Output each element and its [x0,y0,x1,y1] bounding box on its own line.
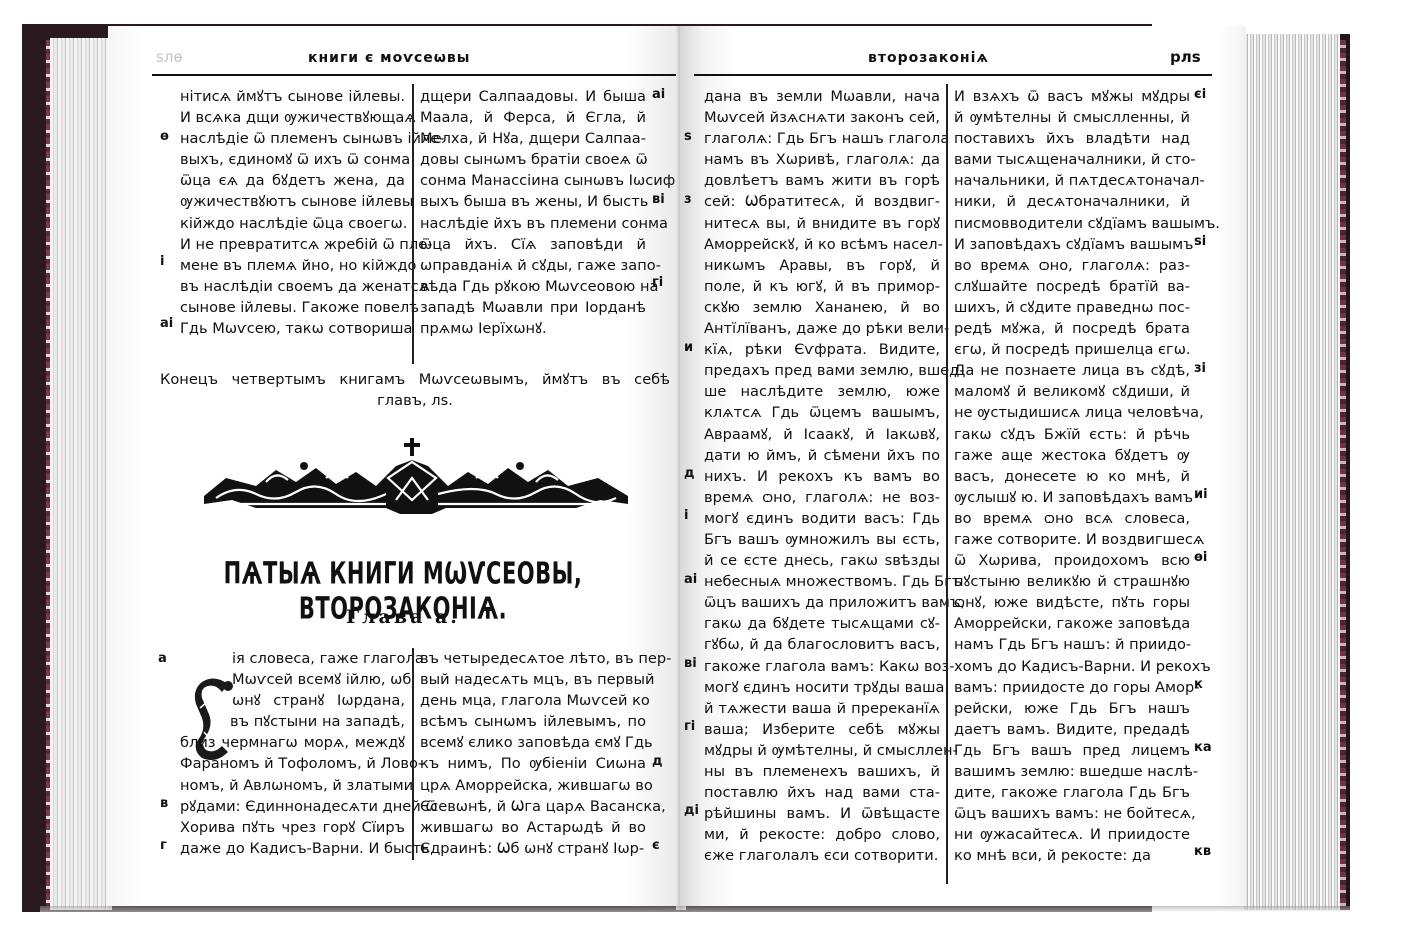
text-line: дщери Салпаадовы. И быша [420,86,646,107]
text-line: ники, й десѧтоначалники, й [954,191,1190,212]
text-line: къ нимъ, По ѹбіеніи Сиѡна [420,753,646,774]
margin-verse-number: ѕ [684,129,692,144]
text-line: хомъ до Кадисъ-Варни. И рекохъ [954,656,1190,677]
chapter-title: Глава а. [168,606,638,628]
margin-verse-number: в [160,796,168,811]
text-line: скꙋю землю Хананею, й во [704,297,940,318]
left-page-edges [50,38,112,910]
text-line: И не превратитсѧ жребій ѿ пле- [180,234,405,255]
text-line: Да не познаете лица въ сꙋдѣ, [954,360,1190,381]
text-line: маломꙋ й великомꙋ сꙋдиши, й [954,381,1190,402]
right-head-rule [694,74,1212,76]
text-line: редѣ мꙋжа, й посредѣ брата [954,318,1190,339]
text-line: довлѣетъ вамъ жити въ горѣ [704,170,940,191]
text-line: нитесѧ вы, й внидите въ горꙋ [704,213,940,234]
margin-verse-number: ка [1194,740,1212,755]
text-line: времѧ ѻно, глаголѧ: не воз- [704,487,940,508]
text-line: Маала, й Ферса, й Єгла, й [420,107,646,128]
text-line: Хорива пꙋть чрез горꙋ Сїиръ [180,817,405,838]
text-line: пꙋстыню великꙋю й страшнꙋю [954,571,1190,592]
text-line: начальники, й пѧтдесѧтоначал- [954,170,1190,191]
text-line: Єдраинѣ: Ѡб ѡнꙋ странꙋ Іѡр- [420,838,646,859]
text-line: намъ въ Хѡривѣ, глаголѧ: да [704,149,940,170]
margin-verse-number: и [684,340,693,355]
text-line: ѡнꙋ странꙋ Іѡрдана, [180,690,405,711]
ornament-headpiece-icon [196,438,636,518]
text-line: ѿ Хѡрива, проидохомъ всю [954,550,1190,571]
colophon-line-1: Конецъ четвертымъ книгамъ Мѡѵсеѡвымъ, йм… [160,369,670,390]
margin-verse-number: к [1194,677,1203,692]
margin-verse-number: ѕі [1194,234,1206,249]
colophon: Конецъ четвертымъ книгамъ Мѡѵсеѡвымъ, йм… [160,369,670,411]
text-line: даже до Кадисъ-Варни. И бысть [180,838,405,859]
text-line: поставихъ йхъ владѣти над [954,128,1190,149]
text-line: нихъ. И рекохъ къ вамъ во [704,466,940,487]
text-line: кійждо наслѣдіе ѿца своегѡ. [180,213,405,234]
text-line: выхъ быша въ жены, И бысть [420,191,646,212]
text-line: мꙋдры й ѹмѣтелны, й смысллен- [704,740,940,761]
text-line: Єсевѡнѣ, й Ѡга царѧ Васанска, [420,796,646,817]
text-line: всѣмъ сынѡмъ ійлевымъ, по [420,711,646,732]
text-line: гаже аще жестока бꙋдетъ ѹ [954,445,1190,466]
text-line: ѹжичествꙋютъ сынове ійлевы [180,191,405,212]
left-column-divider-top [412,84,414,364]
text-line: вамъ: приидосте до горы Амор- [954,677,1190,698]
text-line: рѣйшины вамъ. И ѿвѣщасте [704,803,940,824]
text-line: Аморрейскꙋ, й ко всѣмъ насел- [704,234,940,255]
margin-verse-number: д [652,754,663,769]
text-line: во времѧ ѻно, глаголѧ: раз- [954,255,1190,276]
text-line: Аморрейски, гакоже заповѣда [954,613,1190,634]
text-line: не ѹстыдишисѧ лица человѣча, [954,402,1190,423]
right-column-divider [946,84,948,884]
text-line: ко мнѣ вси, й рекосте: да [954,845,1190,866]
right-page-edges [1242,34,1340,910]
margin-verse-number: аі [684,572,697,587]
text-line: всемꙋ єлико заповѣда ємꙋ Гдь [420,732,646,753]
text-line: день мца, глагола Мѡѵсей ко [420,690,646,711]
text-line: западѣ Мѡавли при Іорданѣ [420,297,646,318]
margin-verse-number: гі [684,719,695,734]
left-column-1: нітисѧ ймꙋтъ сынове ійлевы.И всѧка дщи ѹ… [180,86,405,339]
right-column-2: И взѧхъ ѿ васъ мꙋжы мꙋдрый ѹмѣтелны й см… [954,86,1190,866]
text-line: єгѡ, й посредѣ пришелца єгѡ. [954,339,1190,360]
text-line: прѧмѡ Іерїхѡнꙋ. [420,318,646,339]
text-line: Мѡѵсей йзѧснѧти законъ сей, [704,107,940,128]
text-line: ше наслѣдите землю, юже [704,381,940,402]
text-line: дана въ земли Мѡавли, нача [704,86,940,107]
margin-verse-number: зі [1194,361,1206,376]
text-line: вами тысѧщеначалники, й сто- [954,149,1190,170]
left-column-4: въ четыредесѧтое лѣто, въ пер-вый надесѧ… [420,648,646,859]
text-line: гꙋбѡ, й да благословитъ васъ, [704,634,940,655]
text-line: рейски, юже Гдь Бгъ нашъ [954,698,1190,719]
right-running-head: второзаконіѧ [868,50,989,66]
text-line: й тѧжести ваша й пререканїѧ [704,698,940,719]
text-line: поле, й къ югꙋ, й въ примор- [704,276,940,297]
text-line: кїѧ, рѣки Єѵфрата. Видите, [704,339,940,360]
text-line: жившагѡ во Астарѡдѣ й во [420,817,646,838]
text-line: довы сынѡмъ братіи своеѧ ѿ [420,149,646,170]
text-line: наслѣдіе ѿ племенъ сынѡвъ ійле- [180,128,405,149]
text-line: поставлю йхъ над вами ста- [704,782,940,803]
text-line: Мѡѵсей всемꙋ ійлю, ѡб [180,669,405,690]
margin-verse-number: г [160,838,167,853]
text-line: наслѣдіе йхъ въ племени сонма [420,213,646,234]
text-line: гаже сотворите. И воздвигшесѧ [954,529,1190,550]
text-line: вый надесѧть мцъ, въ первый [420,669,646,690]
text-line: въ наслѣдіи своемъ да женатсѧ [180,276,405,297]
text-line: ми, й рекосте: добро слово, [704,824,940,845]
text-line: Антїлїванъ, даже до рѣки вели- [704,318,940,339]
margin-verse-number: з [684,192,692,207]
margin-verse-number: ві [684,656,697,671]
text-line: во времѧ ѻно всѧ словеса, [954,508,1190,529]
text-line: васъ, донесете ю ко мнѣ, й [954,466,1190,487]
colophon-line-2: главъ, лѕ. [160,390,670,411]
left-column-2: дщери Салпаадовы. И бышаМаала, й Ферса, … [420,86,646,339]
text-line: ія словеса, гаже глагола [180,648,405,669]
text-line: дати ю ймъ, й сѣмени йхъ по [704,445,940,466]
margin-verse-number: ді [684,803,699,818]
text-line: вашимъ землю: вшедше наслѣ- [954,761,1190,782]
left-running-head: книги є моѵсеѡвы [308,50,470,66]
margin-verse-number: д [684,466,695,481]
margin-verse-number: і [160,254,164,269]
text-line: въ четыредесѧтое лѣто, въ пер- [420,648,646,669]
text-line: ѿца єѧ да бꙋдетъ жена, да [180,170,405,191]
text-line: дите, гакоже глагола Гдь Бгъ [954,782,1190,803]
text-line: й се єсте днесь, гакѡ ѕвѣзды [704,550,940,571]
text-line: слꙋшайте посредѣ братїй ва- [954,276,1190,297]
text-line: сынове ійлевы. Гакоже повелѣ [180,297,405,318]
left-column-divider-bottom [412,648,414,860]
margin-verse-number: иі [1194,487,1208,502]
text-line: клѧтсѧ Гдь ѿцемъ вашымъ, [704,402,940,423]
text-line: рꙋдами: Єдиннонадесѧти дней ѿ [180,796,405,817]
text-line: гакоже глагола вамъ: Какѡ воз- [704,656,940,677]
right-column-1: дана въ земли Мѡавли, начаМѡѵсей йзѧснѧт… [704,86,940,866]
text-line: могꙋ єдинъ носити трꙋды ваша, [704,677,940,698]
text-line: гакѡ да бꙋдете тысѧщами сꙋ- [704,613,940,634]
text-line: близ чермнагѡ морѧ, междꙋ [180,732,405,753]
margin-verse-number: і [684,508,688,523]
text-line: ѻнꙋ, юже видѣсте, пꙋть горы [954,592,1190,613]
text-line: даетъ вамъ. Видите, предадѣ [954,719,1190,740]
text-line: Фараномъ й Тофоломъ, й Лово- [180,753,405,774]
margin-verse-number: а [158,651,167,666]
text-line: Мелха, й Нꙋа, дщери Салпаа- [420,128,646,149]
text-line: сонма Манассіина сынѡвъ Іѡсифо- [420,170,646,191]
text-line: И всѧка дщи ѹжичествꙋющаѧ [180,107,405,128]
margin-verse-number: є [652,838,660,853]
left-head-rule [152,74,676,76]
left-page: ѕлѳ книги є моѵсеѡвы нітисѧ ймꙋтъ сынове… [108,26,680,906]
text-line: нітисѧ ймꙋтъ сынове ійлевы. [180,86,405,107]
text-line: Гдь Бгъ вашъ пред лицемъ [954,740,1190,761]
margin-verse-number: ѳі [1194,550,1207,565]
text-line: ѡправданіѧ й сꙋды, гаже запо- [420,255,646,276]
right-page: второзаконіѧ рлѕ дана въ земли Мѡавли, н… [680,26,1246,906]
text-line: Авраамꙋ, й Ісаакꙋ, й Іакѡвꙋ, [704,424,940,445]
text-line: шихъ, й сꙋдите праведнѡ пос- [954,297,1190,318]
text-line: номъ, й Авлѡномъ, й златыми [180,775,405,796]
text-line: црѧ Аморрейска, жившагѡ во [420,775,646,796]
text-line: сей: Ѡбратитесѧ, й воздвиг- [704,191,940,212]
margin-verse-number: аі [652,87,665,102]
text-line: И взѧхъ ѿ васъ мꙋжы мꙋдры [954,86,1190,107]
text-line: никѡмъ Аравы, въ горꙋ, й [704,255,940,276]
text-line: ны въ племенехъ вашихъ, й [704,761,940,782]
text-line: єже глаголалъ єси сотворити. [704,845,940,866]
margin-verse-number: єі [1194,87,1206,102]
text-line: гакѡ сꙋдъ Бжїй єсть: й рѣчь [954,424,1190,445]
margin-verse-number: гі [652,275,663,290]
text-line: глаголѧ: Гдь Бгъ нашъ глагола [704,128,940,149]
text-line: й ѹмѣтелны й смыслленны, й [954,107,1190,128]
left-page-number: ѕлѳ [156,48,183,66]
text-line: ѿца йхъ. Сїѧ заповѣди й [420,234,646,255]
text-line: намъ Гдь Бгъ нашъ: й приидо- [954,634,1190,655]
margin-verse-number: ѳ [160,129,169,144]
text-line: ваша; Изберите себѣ мꙋжы [704,719,940,740]
text-line: Гдь Мѡѵсею, такѡ сотвориша [180,318,405,339]
margin-verse-number: кв [1194,844,1211,859]
right-page-number: рлѕ [1170,48,1201,66]
text-line: выхъ, єдиномꙋ ѿ ихъ ѿ сонма [180,149,405,170]
text-line: могꙋ єдинъ водити васъ: Гдь [704,508,940,529]
text-line: предахъ пред вами землю, вшед- [704,360,940,381]
text-line: ѿцъ вашихъ да приложитъ вамъ, [704,592,940,613]
text-line: писмовводители сꙋдїамъ вашымъ. [954,213,1190,234]
page-bottom-shadow [40,906,1350,912]
text-line: И заповѣдахъ сꙋдїамъ вашымъ [954,234,1190,255]
right-edge-band [1340,40,1346,906]
left-column-3: ія словеса, гаже глаголаМѡѵсей всемꙋ ійл… [180,648,405,859]
text-line: мене въ племѧ йно, но кійждо [180,255,405,276]
text-line: небесныѧ множествомъ. Гдь Бгъ [704,571,940,592]
text-line: въ пꙋстыни на западѣ, [180,711,405,732]
text-line: ни ѹжасайтесѧ. И приидосте [954,824,1190,845]
text-line: вѣда Гдь рꙋкою Мѡѵсеовою на [420,276,646,297]
text-line: ѿцъ вашихъ вамъ: не бойтесѧ, [954,803,1190,824]
text-line: Бгъ вашъ ѹмножилъ вы єсть, [704,529,940,550]
text-line: ѹслышꙋ ю. И заповѣдахъ вамъ [954,487,1190,508]
margin-verse-number: аі [160,316,173,331]
margin-verse-number: ві [652,192,665,207]
